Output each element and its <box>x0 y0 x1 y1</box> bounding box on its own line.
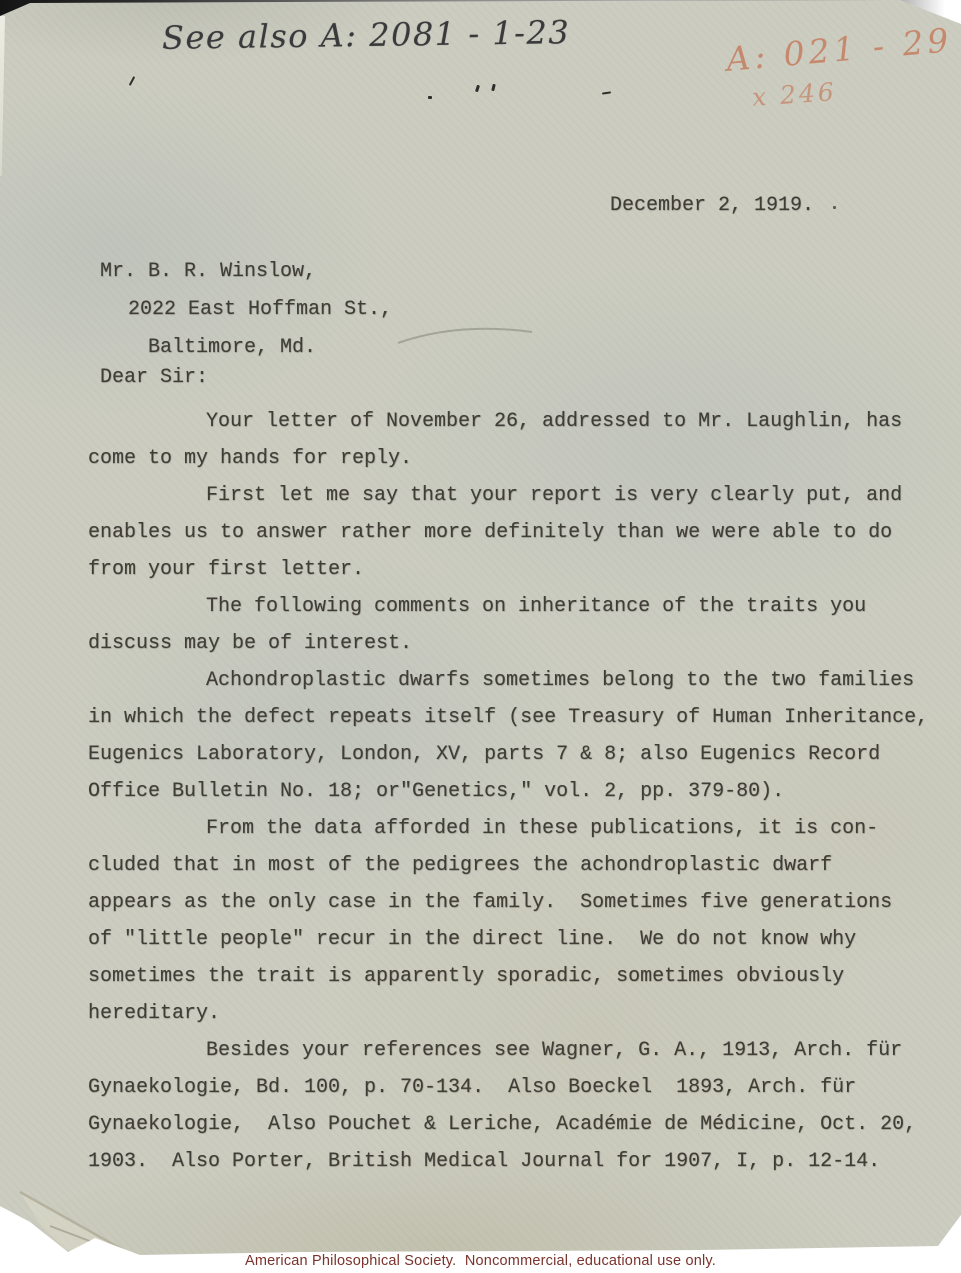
ink-speck <box>602 91 611 94</box>
typed-line: appears as the only case in the family. … <box>88 884 956 921</box>
recipient-line: 2022 East Hoffman St., <box>100 291 392 329</box>
typed-line: discuss may be of interest. <box>88 625 956 662</box>
red-pencil-annotation-1: A: 021 - 29 <box>725 20 954 79</box>
ink-speck <box>428 96 432 99</box>
recipient-address: Mr. B. R. Winslow,2022 East Hoffman St.,… <box>100 253 392 367</box>
ink-speck <box>833 206 836 209</box>
scanned-letter-page: See also A: 2081 - 1-23 A: 021 - 29 x 24… <box>0 0 961 1273</box>
recipient-line: Baltimore, Md. <box>100 329 392 367</box>
footer-credit: American Philosophical Society. Noncomme… <box>0 1253 961 1269</box>
typed-line: come to my hands for reply. <box>88 440 956 477</box>
typed-line: of "little people" recur in the direct l… <box>88 921 956 958</box>
typed-line: The following comments on inheritance of… <box>88 588 956 625</box>
typed-line: from your first letter. <box>88 551 956 588</box>
typed-line: Gynaekologie, Bd. 100, p. 70-134. Also B… <box>88 1069 956 1106</box>
typed-line: in which the defect repeats itself (see … <box>88 699 956 736</box>
red-pencil-annotation-2: x 246 <box>751 77 838 112</box>
typed-line: Besides your references see Wagner, G. A… <box>88 1032 956 1069</box>
recipient-line: Mr. B. R. Winslow, <box>100 253 392 291</box>
typed-line: Office Bulletin No. 18; or"Genetics," vo… <box>88 773 956 810</box>
pencil-stroke-mark <box>396 320 536 350</box>
typed-line: Eugenics Laboratory, London, XV, parts 7… <box>88 736 956 773</box>
ink-speck <box>129 76 135 86</box>
letter-date: December 2, 1919. <box>610 194 814 217</box>
typed-line: Gynaekologie, Also Pouchet & Leriche, Ac… <box>88 1106 956 1143</box>
letter-body: Your letter of November 26, addressed to… <box>88 403 956 1180</box>
typed-line: Achondroplastic dwarfs sometimes belong … <box>88 662 956 699</box>
letter-paper: See also A: 2081 - 1-23 A: 021 - 29 x 24… <box>0 0 961 1258</box>
typed-line: sometimes the trait is apparently sporad… <box>88 958 956 995</box>
typed-line: First let me say that your report is ver… <box>88 477 956 514</box>
typed-line: 1903. Also Porter, British Medical Journ… <box>88 1143 956 1180</box>
paper-edge-highlight <box>0 16 5 176</box>
ink-speck <box>475 85 480 93</box>
salutation: Dear Sir: <box>100 366 208 389</box>
handwritten-annotation: See also A: 2081 - 1-23 <box>162 13 571 57</box>
typed-line: Your letter of November 26, addressed to… <box>88 403 956 440</box>
typed-line: hereditary. <box>88 995 956 1032</box>
ink-speck <box>491 84 496 92</box>
typed-line: cluded that in most of the pedigrees the… <box>88 847 956 884</box>
typed-line: From the data afforded in these publicat… <box>88 810 956 847</box>
typed-line: enables us to answer rather more definit… <box>88 514 956 551</box>
